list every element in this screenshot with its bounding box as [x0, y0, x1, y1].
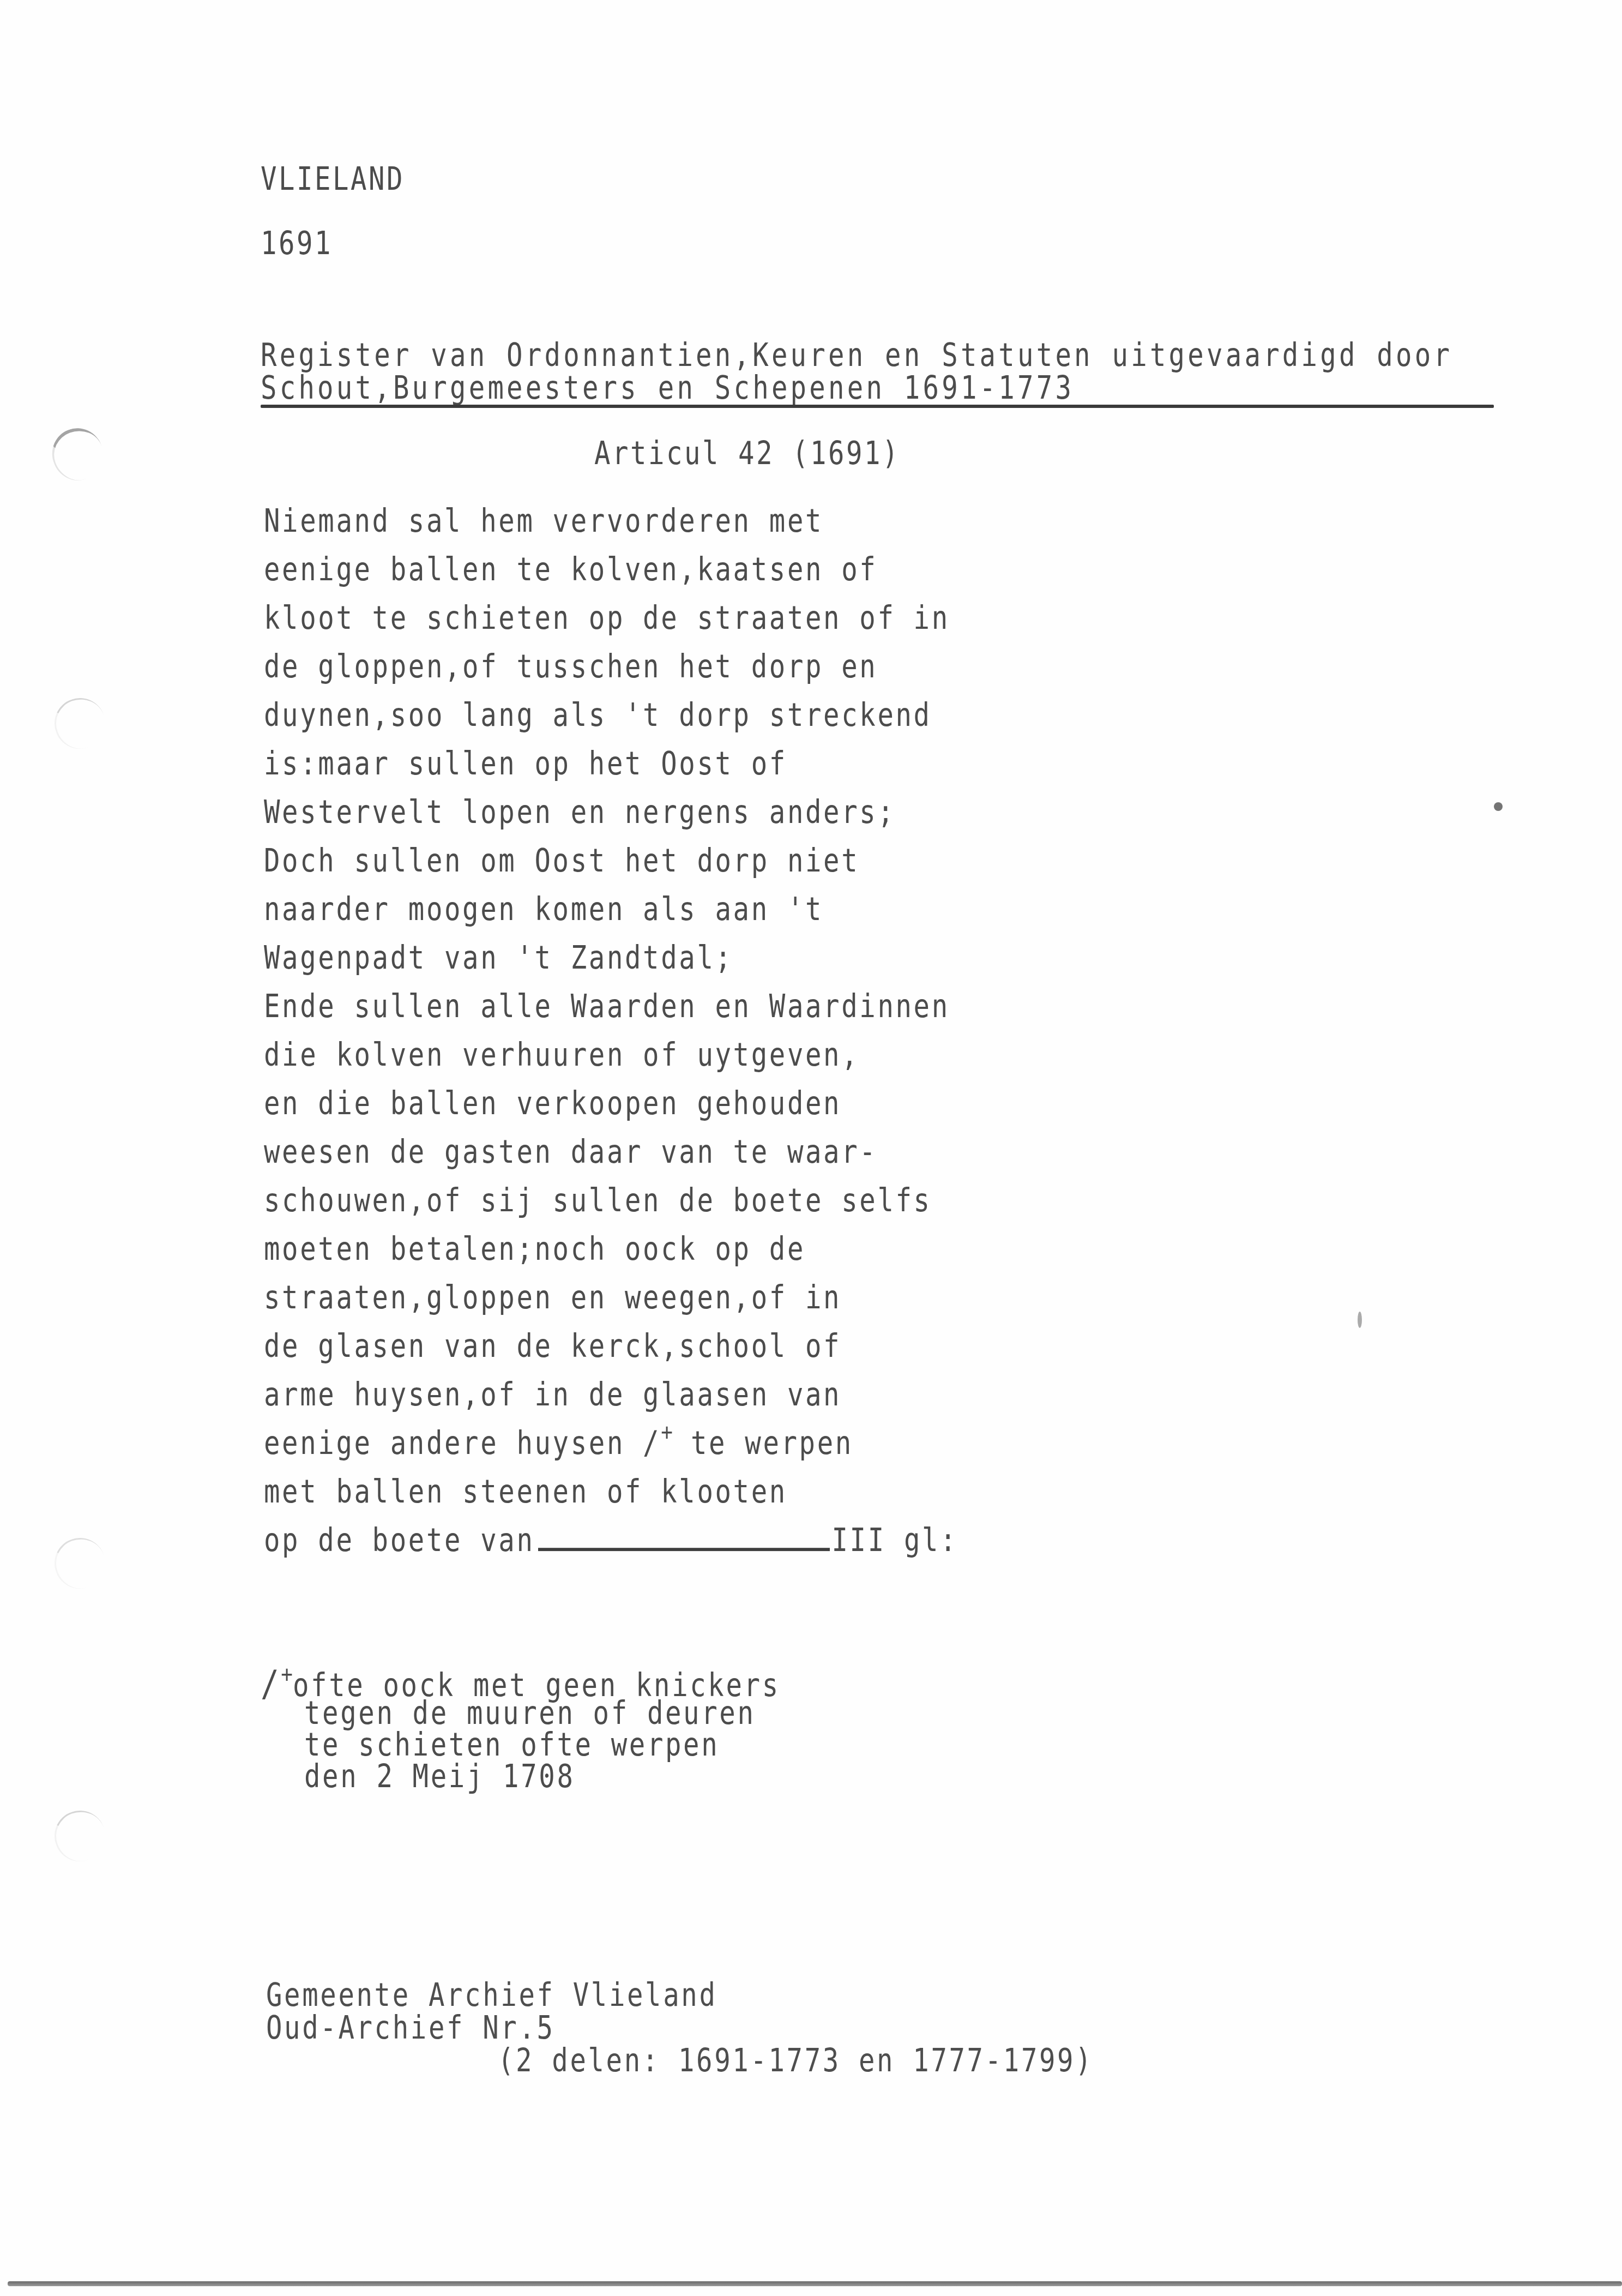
fine-amount: III gl: [832, 1522, 958, 1559]
register-title-line-2: Schout,Burgemeesters en Schepenen 1691-1… [261, 372, 1074, 404]
punch-hole-mark [45, 421, 110, 488]
register-title-line-1: Register van Ordonnantien,Keuren en Stat… [261, 340, 1452, 371]
header-rule [261, 405, 1494, 408]
footnote: /+ofte oock met geen knickers tegen de m… [261, 1663, 780, 1790]
fine-prefix: op de boete van [264, 1522, 535, 1559]
fine-blank-line [538, 1548, 830, 1551]
footnote-line: den 2 Meij 1708 [261, 1758, 780, 1795]
scanned-page: VLIELAND 1691 Register van Ordonnantien,… [0, 0, 1622, 2296]
article-body: Niemand sal hem vervorderen met eenige b… [264, 503, 958, 1571]
punch-hole-mark [47, 691, 112, 756]
year-heading: 1691 [261, 228, 333, 260]
punch-hole-mark [47, 1804, 112, 1868]
archive-line: (2 delen: 1691-1773 en 1777-1799) [266, 2042, 1093, 2081]
article-heading: Articul 42 (1691) [594, 438, 900, 470]
fine-line: op de boete vanIII gl: [264, 1522, 958, 1579]
scan-speck [1494, 802, 1503, 811]
place-heading: VLIELAND [261, 164, 405, 195]
punch-hole-mark [47, 1531, 112, 1596]
archive-reference: Gemeente Archief Vlieland Oud-Archief Nr… [266, 1977, 1093, 2075]
scan-speck [1358, 1312, 1362, 1328]
footnote-marker: + [661, 1419, 673, 1445]
page-bottom-edge [8, 2281, 1622, 2286]
